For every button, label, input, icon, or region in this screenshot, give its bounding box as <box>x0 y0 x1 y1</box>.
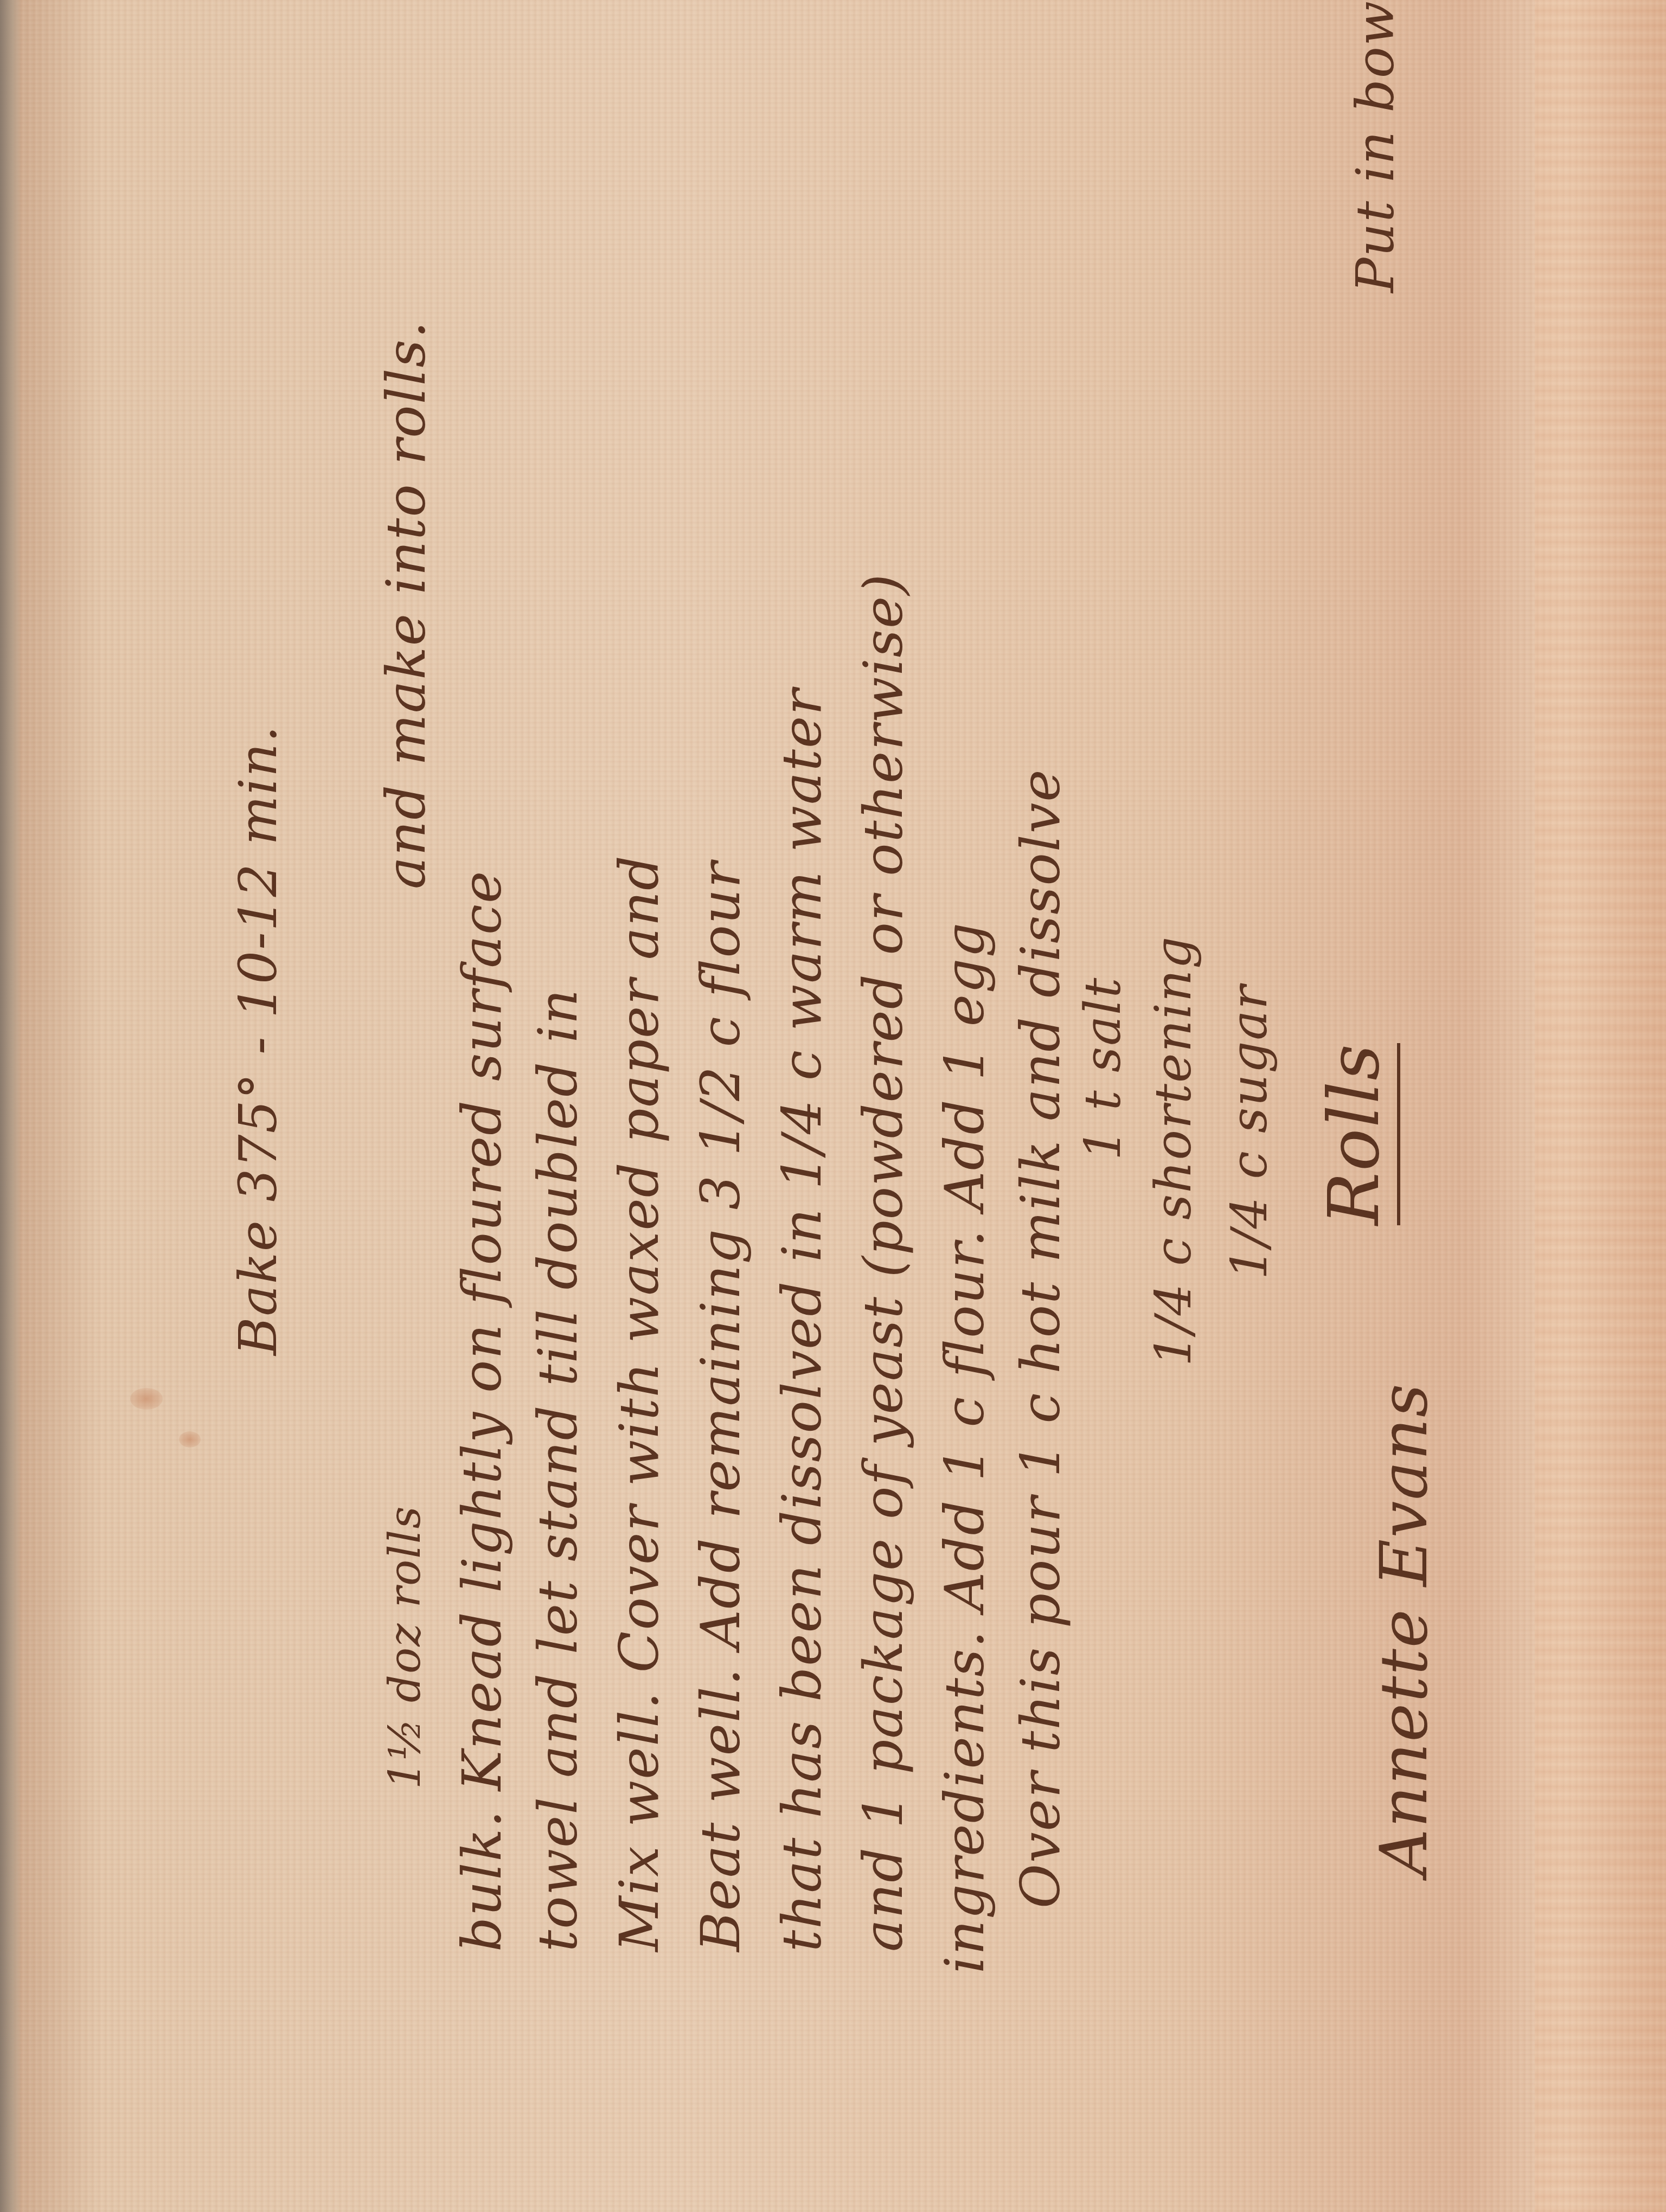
recipe-title: Rolls <box>1312 1043 1400 1225</box>
bake-instructions: Bake 375° - 10-12 min. <box>228 725 289 1355</box>
instruction-line: that has been dissolved in 1/4 c warm wa… <box>770 688 834 1952</box>
instruction-line: Beat well. Add remaining 3 1/2 c flour <box>689 861 752 1952</box>
instruction-line: and make into rolls. <box>374 320 438 889</box>
ingredient-item: 1/4 c sugar <box>1220 985 1278 1279</box>
instruction-line: Mix well. Cover with waxed paper and <box>607 854 671 1952</box>
recipe-yield: 1½ doz rolls <box>380 1506 430 1789</box>
instruction-line: bulk. Knead lightly on floured surface <box>450 870 514 1952</box>
instruction-line: Over this pour 1 c hot milk and dissolve <box>1009 769 1072 1908</box>
recipe-intro: Put in bowl <box>1345 0 1406 293</box>
instruction-line: and 1 package of yeast (powdered or othe… <box>851 573 915 1952</box>
recipe-author: Annette Evans <box>1367 1382 1442 1876</box>
instruction-line: ingredients. Add 1 c flour. Add 1 egg <box>933 922 996 1973</box>
ingredient-item: 1/4 c shortening <box>1144 936 1202 1366</box>
ingredient-item: 1 t salt <box>1074 977 1132 1160</box>
engraved-recipe: Put in bowl Rolls Annette Evans 1/4 c su… <box>0 0 1666 2212</box>
instruction-line: towel and let stand till doubled in <box>526 988 589 1952</box>
